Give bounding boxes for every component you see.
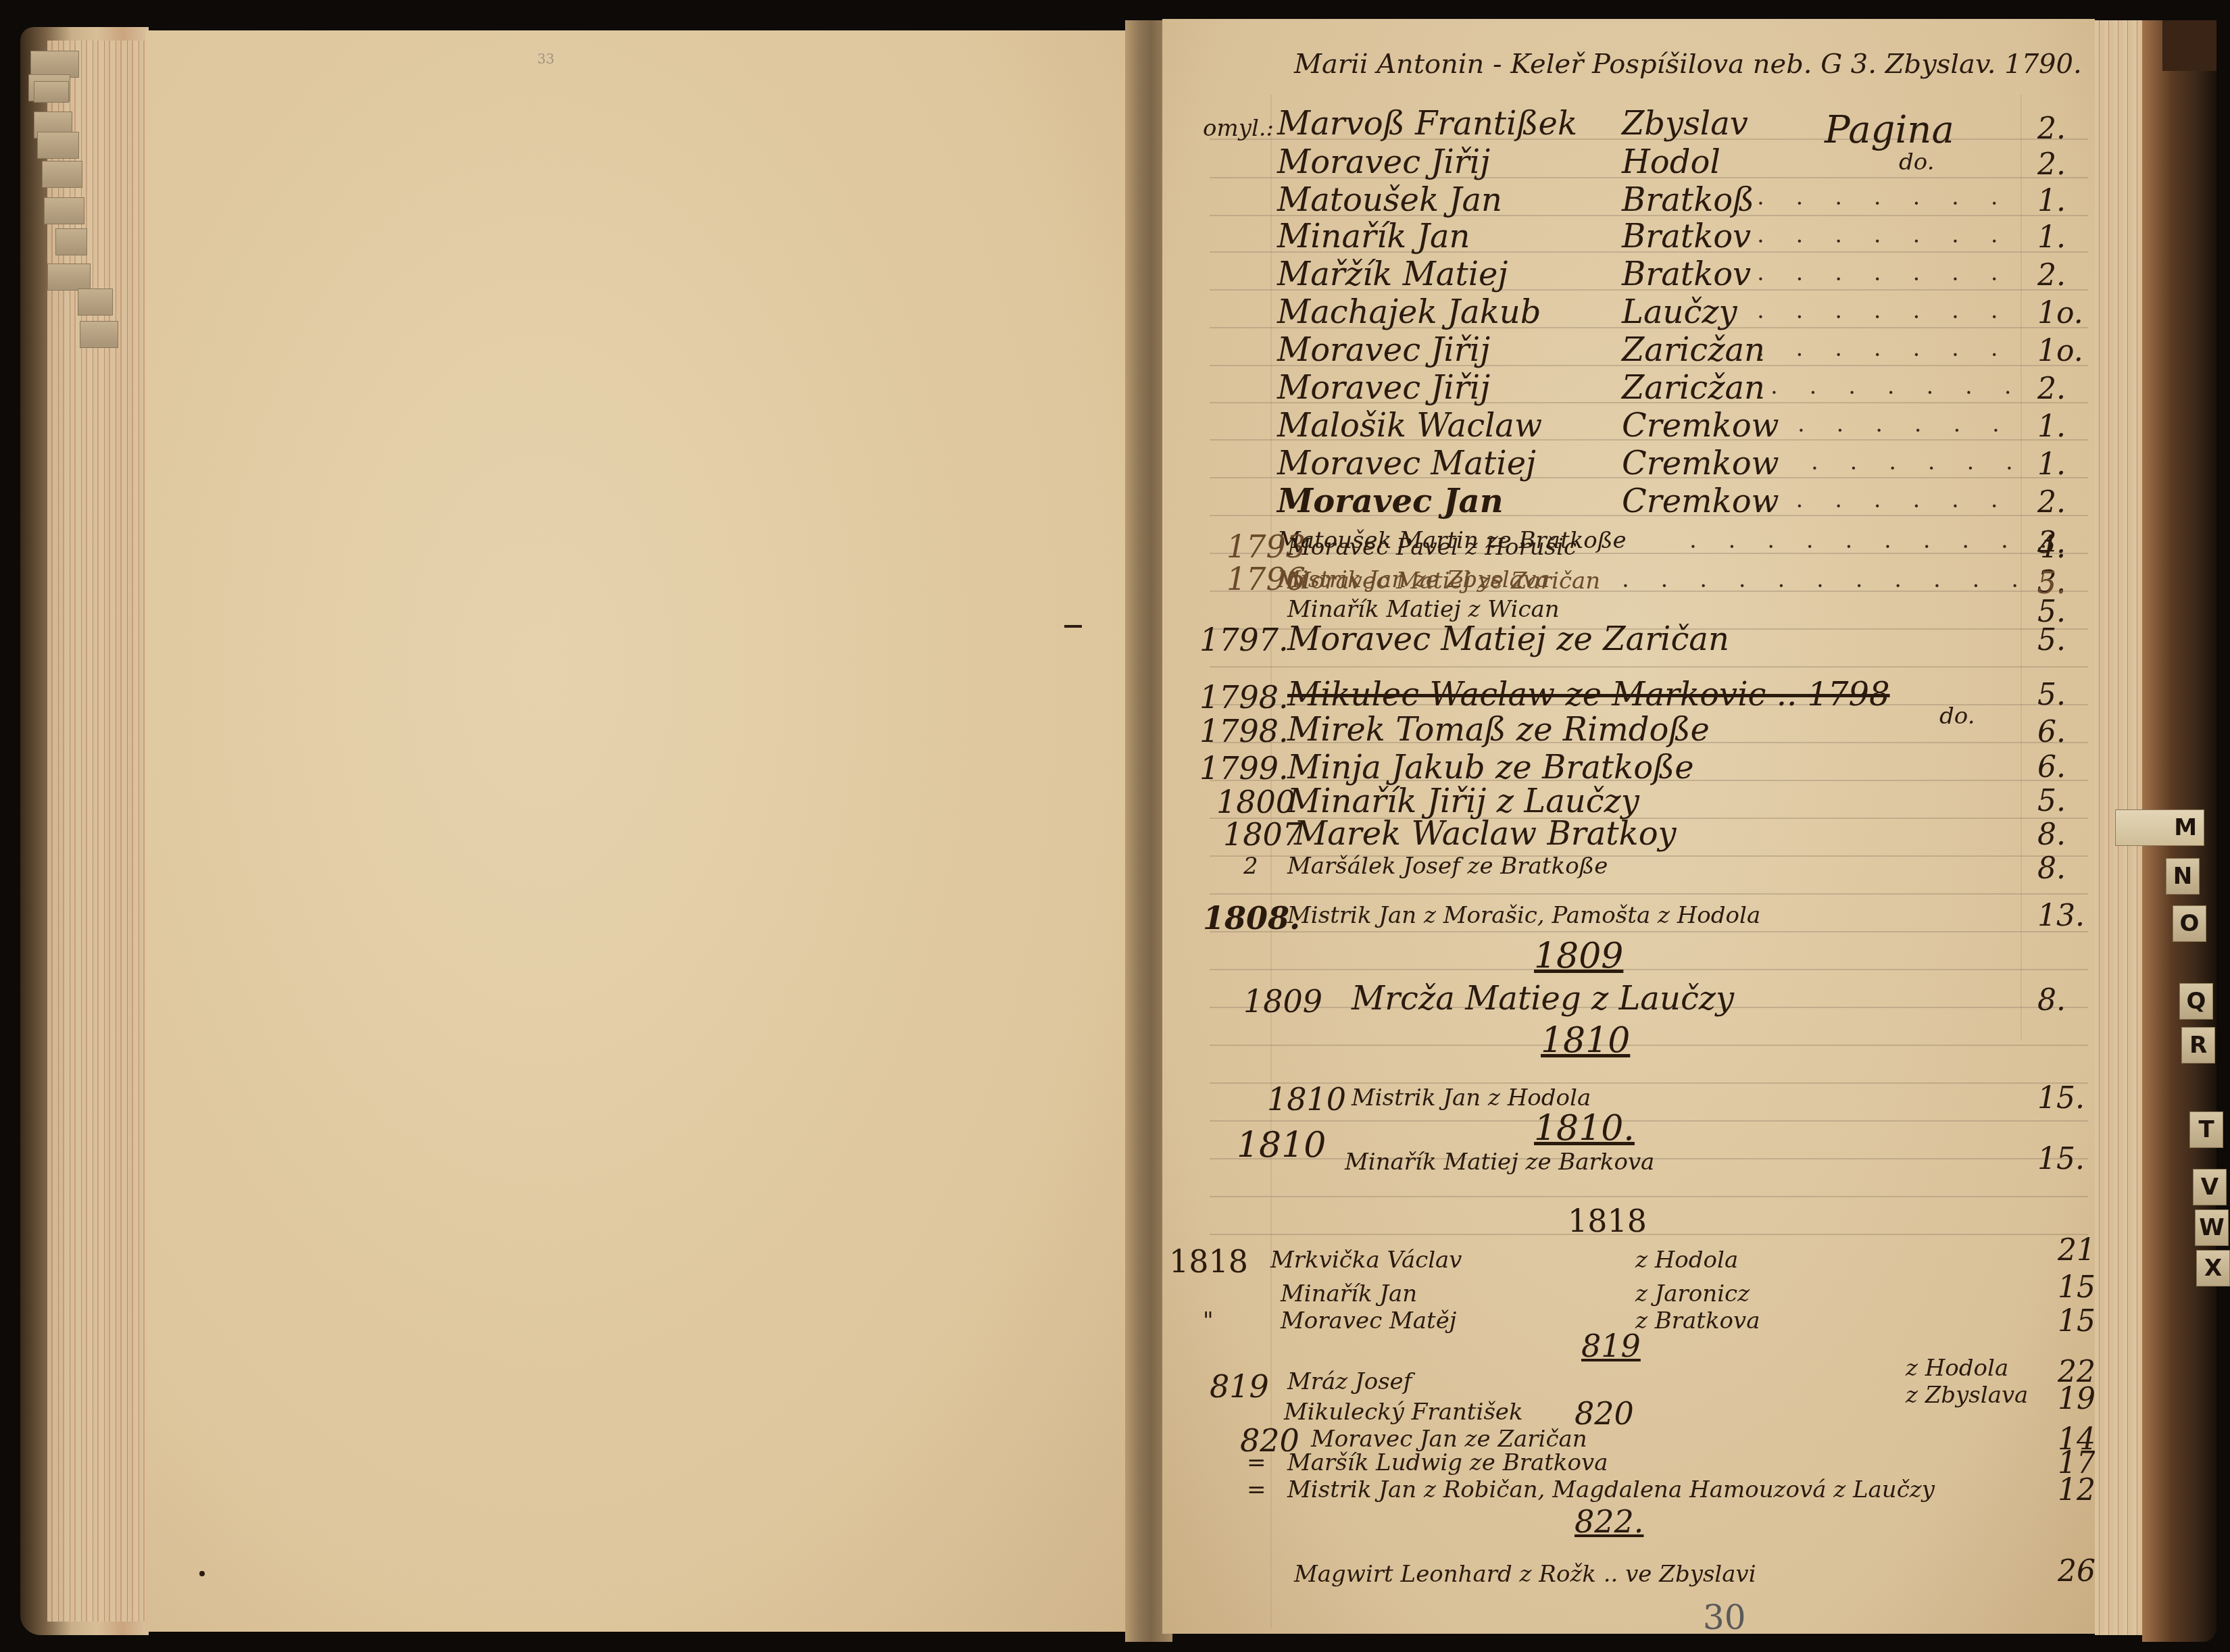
entry-page: 2. — [2037, 485, 2066, 520]
index-tab-blank[interactable] — [47, 264, 91, 291]
index-tab-v[interactable]: V — [2193, 1169, 2227, 1205]
entry-page: 6. — [2037, 715, 2066, 749]
entry-name: Moravec Jan — [1277, 482, 1504, 520]
entry-name: Mirek Tomaß ze Rimdoße — [1287, 711, 1710, 749]
entry-page: 6. — [2037, 750, 2066, 784]
entry-prefix: = — [1247, 1449, 1266, 1476]
entry-place: Zbyslav — [1622, 105, 1748, 143]
entry-name: Minařík Jan — [1281, 1280, 1417, 1307]
entry-place: Cremkow — [1622, 445, 1779, 482]
entry-place: z Zbyslava — [1906, 1382, 2028, 1409]
entry-year: 1799. — [1199, 750, 1289, 786]
entry-name: Minařík Jan — [1277, 218, 1470, 255]
entry-page: 13. — [2037, 899, 2085, 933]
entry-year: 1798. — [1199, 679, 1289, 716]
entry-name: Mařžík Matiej — [1277, 255, 1508, 293]
index-tab-blank[interactable] — [34, 81, 69, 103]
entry-name: Moravec Pavel z Horušic — [1287, 534, 1577, 561]
entry-name: Marvoß Frantißek — [1277, 105, 1577, 143]
entry-name: Malošik Waclaw — [1277, 407, 1542, 445]
entry-prefix: " — [1203, 1307, 1214, 1334]
entry-name: Mrcža Matieg z Laučzy — [1352, 980, 1734, 1018]
entry-page: 8. — [2037, 851, 2066, 886]
entry-page: 15. — [2037, 1081, 2085, 1116]
index-tab-t[interactable]: T — [2189, 1111, 2223, 1148]
entry-page: 8. — [2037, 983, 2066, 1018]
entry-name: Moravec Matiej ze Zaričan — [1287, 620, 1729, 658]
section-year-heading: 1818 — [1568, 1203, 1647, 1239]
entry-place: Bratkov — [1622, 218, 1751, 255]
entry-name: Minařík Matiej ze Barkova — [1345, 1149, 1654, 1176]
entry-name: Maršálek Josef ze Bratkoße — [1287, 853, 1608, 880]
entry-name-struck: Mikulec Waclaw ze Markovic .. 1798 — [1287, 676, 1890, 714]
section-year-heading: 1810 — [1541, 1020, 1630, 1061]
entry-name: Moravec Jan ze Zaričan — [1311, 1426, 1587, 1453]
entry-year: 819 — [1210, 1368, 1269, 1405]
entry-place: Cremkow — [1622, 407, 1779, 445]
entry-page: 2. — [2037, 147, 2066, 182]
entry-year: 1810 — [1267, 1081, 1346, 1118]
entry-name: Magwirt Leonhard z Rožk .. ve Zbyslavi — [1294, 1561, 1756, 1588]
entry-year: 1800 — [1216, 784, 1295, 820]
entry-page: 1o. — [2037, 334, 2083, 368]
entry-year: 1808. — [1203, 900, 1300, 936]
index-tab-o[interactable]: O — [2173, 905, 2206, 942]
entry-name: Marek Waclaw Bratkoy — [1294, 815, 1677, 853]
entry-year: 1809 — [1243, 983, 1322, 1020]
entry-page: 2. — [2037, 258, 2066, 293]
index-tab-blank[interactable] — [37, 132, 79, 159]
entry-page: 4. — [2037, 530, 2066, 565]
entry-place: Bratkoß — [1622, 181, 1754, 219]
index-tab-blank[interactable] — [80, 321, 118, 348]
column-header-pagina: Pagina — [1825, 108, 1954, 152]
entry-name: Mistrik Jan z Robičan, Magdalena Hamouzo… — [1287, 1476, 1935, 1503]
entry-name: Moravec Jiřij — [1277, 369, 1490, 407]
entry-page: 5. — [2037, 784, 2066, 818]
page-header: Marii Antonin - Keleř Pospíšilova neb. G… — [1294, 49, 2082, 80]
entry-place: z Hodola — [1635, 1247, 1738, 1274]
pencil-mark: 33 — [537, 51, 554, 67]
ditto-mark: do. — [1939, 703, 1975, 730]
entry-page: 5. — [2037, 623, 2066, 657]
ink-dot — [199, 1571, 205, 1576]
entry-year: 1818 — [1169, 1243, 1248, 1280]
entry-page: 1. — [2037, 447, 2066, 482]
entry-name: Minařík Matiej z Wican — [1287, 596, 1560, 623]
index-tab-r[interactable]: R — [2181, 1027, 2215, 1063]
entry-page: 26 — [2058, 1554, 2096, 1588]
entry-name: Minja Jakub ze Bratkoße — [1287, 749, 1694, 786]
entry-year: 1807 — [1223, 816, 1302, 853]
entry-year: 1797. — [1199, 622, 1289, 658]
entry-name: Maršík Ludwig ze Bratkova — [1287, 1449, 1608, 1476]
entry-page: 1o. — [2037, 296, 2083, 330]
entry-prefix: = — [1247, 1476, 1266, 1503]
entry-name: Mráz Josef — [1287, 1368, 1412, 1395]
entry-place: Bratkov — [1622, 255, 1751, 293]
ink-mark — [1064, 625, 1082, 628]
index-tab-x[interactable]: X — [2196, 1250, 2230, 1286]
entry-place: Cremkow — [1622, 482, 1779, 520]
entry-name: Mistrik Jan z Morašic, Pamošta z Hodola — [1287, 902, 1760, 929]
entry-name: Moravec Matiej ze Zaričan — [1287, 568, 1600, 595]
left-page: 33 — [145, 30, 1132, 1632]
index-tab-q[interactable]: Q — [2179, 983, 2213, 1020]
entry-page: 15. — [2037, 1142, 2085, 1176]
index-tab-m[interactable]: M — [2115, 809, 2204, 846]
index-tab-blank[interactable] — [42, 161, 82, 188]
index-tab-blank[interactable] — [44, 197, 84, 224]
ditto-mark: do. — [1899, 149, 1934, 176]
index-tab-blank[interactable] — [78, 289, 113, 316]
entry-name: Mikulecký František — [1284, 1399, 1523, 1426]
entry-page: 2. — [2037, 372, 2066, 406]
section-year-heading: 822. — [1575, 1503, 1643, 1540]
entry-place: Zaricžan — [1622, 331, 1765, 369]
entry-page: 1. — [2037, 184, 2066, 218]
entry-page: 1. — [2037, 220, 2066, 255]
entry-name: Machajek Jakub — [1277, 293, 1541, 331]
entry-year: 1798. — [1199, 713, 1289, 749]
entry-name: Moravec Jiřij — [1277, 331, 1490, 369]
entry-name: Moravec Matěj — [1281, 1307, 1456, 1334]
section-year-heading: 1810. — [1534, 1108, 1635, 1149]
entry-prefix: 2 — [1243, 853, 1258, 880]
entry-page: 2. — [2037, 111, 2066, 146]
pencil-page-number: 30 — [1703, 1598, 1746, 1637]
entry-place: Hodol — [1622, 143, 1720, 181]
entry-prefix: omyl.: — [1203, 115, 1274, 142]
entry-name: Mistrik Jan z Hodola — [1352, 1084, 1591, 1111]
entry-place: z Jaronicz — [1635, 1280, 1750, 1307]
entry-name: Mrkvička Václav — [1270, 1247, 1462, 1274]
entry-page: 5. — [2037, 678, 2066, 712]
entry-year: 1810 — [1237, 1125, 1326, 1166]
entry-name: Moravec Matiej — [1277, 445, 1536, 482]
section-year-heading: 819 — [1581, 1328, 1641, 1364]
entry-page: 8. — [2037, 818, 2066, 852]
entry-place: z Bratkova — [1635, 1307, 1760, 1334]
entry-place: Laučzy — [1622, 293, 1737, 331]
entry-name: Matoušek Jan — [1277, 181, 1502, 219]
cover-corner — [2162, 20, 2216, 71]
open-ledger: 33 Marii Antonin - Keleř Pospíšilova neb… — [0, 0, 2230, 1652]
index-tab-w[interactable]: W — [2195, 1209, 2229, 1246]
index-tab-blank[interactable] — [55, 228, 87, 255]
index-tab-n[interactable]: N — [2166, 858, 2200, 895]
entry-place: Zaricžan — [1622, 369, 1765, 407]
entry-place: z Hodola — [1906, 1355, 2008, 1382]
index-tab-blank[interactable] — [30, 51, 79, 78]
section-year-heading: 1809 — [1534, 936, 1623, 976]
entry-name: Moravec Jiřij — [1277, 143, 1490, 181]
entry-page: 1. — [2037, 409, 2066, 444]
